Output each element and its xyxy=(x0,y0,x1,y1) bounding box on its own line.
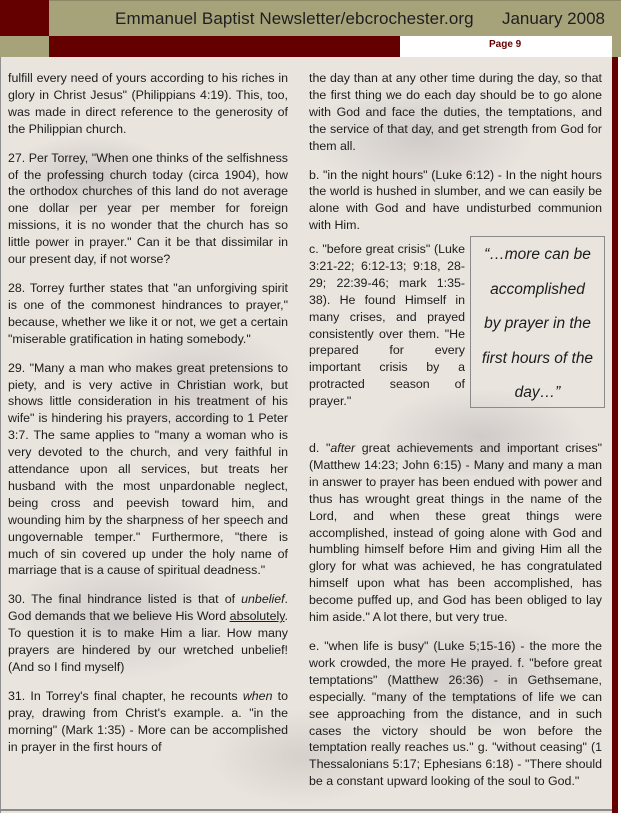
pull-quote-line: by prayer in the xyxy=(471,307,604,342)
paragraph-b: b. "in the night hours" (Luke 6:12) - In… xyxy=(309,167,602,235)
paragraph-29: 29. "Many a man who makes great pretensi… xyxy=(8,360,288,580)
pull-quote-line: day…” xyxy=(471,376,604,411)
paragraph-30: 30. The final hindrance listed is that o… xyxy=(8,591,288,676)
page-number-box: Page 9 xyxy=(400,36,612,57)
italic-run: after xyxy=(330,441,355,455)
paragraph-a-continuation: the day than at any other time during th… xyxy=(309,70,602,155)
pull-quote-line: accomplished xyxy=(471,273,604,308)
left-column: fulfill every need of yours according to… xyxy=(8,70,288,768)
header-band: Emmanuel Baptist Newsletter/ebcrochester… xyxy=(49,0,621,36)
text-run: 30. The final hindrance listed is that o… xyxy=(8,592,241,606)
pull-quote-line: first hours of the xyxy=(471,342,604,377)
newsletter-title: Emmanuel Baptist Newsletter/ebcrochester… xyxy=(115,9,474,29)
issue-date: January 2008 xyxy=(502,9,605,29)
right-column-bottom: d. "after great achievements and importa… xyxy=(309,440,602,802)
right-column-top: the day than at any other time during th… xyxy=(309,70,602,246)
bottom-rule xyxy=(0,809,612,811)
paragraph-27: 27. Per Torrey, "When one thinks of the … xyxy=(8,150,288,268)
paragraph-c: c. "before great crisis" (Luke 3:21-22; … xyxy=(309,241,465,410)
underline-run: absolutely xyxy=(230,609,285,623)
pull-quote: “…more can be accomplished by prayer in … xyxy=(470,236,605,408)
text-run: 31. In Torrey's final chapter, he recoun… xyxy=(8,689,243,703)
paragraph-efg: e. "when life is busy" (Luke 5;15-16) - … xyxy=(309,638,602,790)
text-run: d. " xyxy=(309,441,330,455)
page-number: Page 9 xyxy=(489,39,521,50)
paragraph-d: d. "after great achievements and importa… xyxy=(309,440,602,626)
header-corner-block xyxy=(0,0,49,36)
header-right-edge xyxy=(612,36,621,57)
header-corner-block-lower xyxy=(0,36,49,57)
italic-run: unbelief xyxy=(241,592,284,606)
text-run: great achievements and important crises"… xyxy=(309,441,602,624)
pull-quote-line: “…more can be xyxy=(471,238,604,273)
header-maroon-bar xyxy=(49,36,400,57)
newsletter-page: Emmanuel Baptist Newsletter/ebcrochester… xyxy=(0,0,621,813)
paragraph-28: 28. Torrey further states that "an unfor… xyxy=(8,280,288,348)
paragraph-continuation: fulfill every need of yours according to… xyxy=(8,70,288,138)
paragraph-31: 31. In Torrey's final chapter, he recoun… xyxy=(8,688,288,756)
italic-run: when xyxy=(243,689,273,703)
